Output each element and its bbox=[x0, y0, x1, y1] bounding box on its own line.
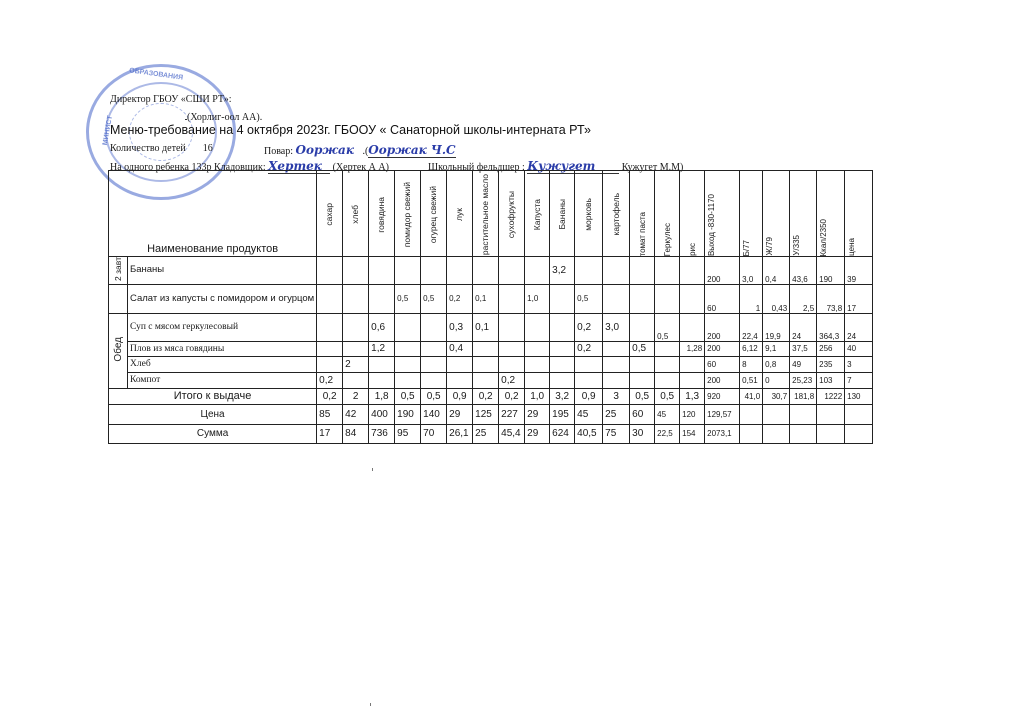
nutrition-column-header: Ж/79 bbox=[763, 171, 790, 257]
nutrition-cell: 103 bbox=[817, 372, 845, 388]
price-row-nutrition-cell: 129,57 bbox=[705, 404, 740, 424]
product-quantity-cell bbox=[421, 313, 447, 341]
product-column-header: сахар bbox=[317, 171, 343, 257]
nutrition-column-header: цена bbox=[845, 171, 873, 257]
product-quantity-cell bbox=[550, 356, 575, 372]
nutrition-cell: 37,5 bbox=[790, 341, 817, 356]
product-quantity-cell bbox=[395, 257, 421, 285]
nutrition-cell: 8 bbox=[740, 356, 763, 372]
product-quantity-cell: 2 bbox=[343, 356, 369, 372]
section-label-empty bbox=[109, 284, 128, 313]
cook-name-handwritten: Ооржак Ч.С bbox=[368, 143, 455, 158]
price-row: Цена854240019014029125227291954525604512… bbox=[109, 404, 873, 424]
product-quantity-cell bbox=[343, 313, 369, 341]
product-quantity-cell: 0,6 bbox=[369, 313, 395, 341]
price-row-product-cell: 400 bbox=[369, 404, 395, 424]
sum-row-product-cell: 624 bbox=[550, 424, 575, 443]
product-quantity-cell bbox=[525, 257, 550, 285]
product-column-header: лук bbox=[447, 171, 473, 257]
product-column-header: Геркулес bbox=[655, 171, 680, 257]
product-quantity-cell bbox=[603, 341, 630, 356]
product-quantity-cell bbox=[499, 257, 525, 285]
product-quantity-cell bbox=[421, 341, 447, 356]
children-label: Количество детей bbox=[110, 143, 186, 154]
nutrition-cell: 256 bbox=[817, 341, 845, 356]
price-row-product-cell: 85 bbox=[317, 404, 343, 424]
table-row: 2 завтБананы3,22003,00,443,619039 bbox=[109, 257, 873, 285]
product-quantity-cell: 1,28 bbox=[680, 341, 705, 356]
product-column-header: рис bbox=[680, 171, 705, 257]
total-row-nutrition-cell: 920 bbox=[705, 388, 740, 404]
product-quantity-cell bbox=[655, 284, 680, 313]
sum-row-product-cell: 736 bbox=[369, 424, 395, 443]
price-row-product-cell: 29 bbox=[447, 404, 473, 424]
nutrition-cell: 60 bbox=[705, 284, 740, 313]
product-quantity-cell bbox=[343, 341, 369, 356]
section-label-lunch: Обед bbox=[109, 313, 128, 388]
nutrition-cell: 22,4 bbox=[740, 313, 763, 341]
sum-row-product-cell: 70 bbox=[421, 424, 447, 443]
sum-row-product-cell: 84 bbox=[343, 424, 369, 443]
product-column-header: картофель bbox=[603, 171, 630, 257]
nutrition-cell: 9,1 bbox=[763, 341, 790, 356]
total-row-product-cell: 0,5 bbox=[421, 388, 447, 404]
product-quantity-cell bbox=[421, 372, 447, 388]
price-row-product-cell: 125 bbox=[473, 404, 499, 424]
price-row-product-cell: 29 bbox=[525, 404, 550, 424]
product-quantity-cell: 0,2 bbox=[499, 372, 525, 388]
product-quantity-cell bbox=[575, 257, 603, 285]
product-column-header: растительное масло bbox=[473, 171, 499, 257]
nutrition-cell: 25,23 bbox=[790, 372, 817, 388]
total-row-product-cell: 0,9 bbox=[575, 388, 603, 404]
product-quantity-cell bbox=[655, 257, 680, 285]
cook-signature: Ооржак bbox=[296, 143, 354, 157]
product-quantity-cell bbox=[680, 313, 705, 341]
product-quantity-cell bbox=[317, 257, 343, 285]
sum-row-label: Сумма bbox=[109, 424, 317, 443]
nutrition-cell: 24 bbox=[790, 313, 817, 341]
nutrition-cell: 49 bbox=[790, 356, 817, 372]
dish-name: Суп с мясом геркулесовый bbox=[128, 313, 317, 341]
product-column-header: хлеб bbox=[343, 171, 369, 257]
scan-speck bbox=[372, 468, 373, 471]
nutrition-column-header: У/335 bbox=[790, 171, 817, 257]
section-label-breakfast2: 2 завт bbox=[109, 257, 128, 285]
product-quantity-cell bbox=[317, 313, 343, 341]
sum-row-nutrition-cell bbox=[740, 424, 763, 443]
product-quantity-cell bbox=[421, 257, 447, 285]
product-quantity-cell bbox=[343, 284, 369, 313]
sum-row-product-cell: 17 bbox=[317, 424, 343, 443]
product-quantity-cell bbox=[317, 356, 343, 372]
price-row-product-cell: 42 bbox=[343, 404, 369, 424]
sum-row-product-cell: 30 bbox=[630, 424, 655, 443]
total-row-label: Итого к выдаче bbox=[109, 388, 317, 404]
product-quantity-cell: 0,5 bbox=[395, 284, 421, 313]
product-quantity-cell bbox=[630, 313, 655, 341]
product-column-header: сухофрукты bbox=[499, 171, 525, 257]
product-quantity-cell bbox=[630, 356, 655, 372]
product-quantity-cell bbox=[473, 341, 499, 356]
table-row: Салат из капусты с помидором и огурцом0,… bbox=[109, 284, 873, 313]
children-count: 16 bbox=[203, 143, 213, 154]
product-quantity-cell: 0,2 bbox=[575, 313, 603, 341]
product-quantity-cell bbox=[395, 313, 421, 341]
product-quantity-cell bbox=[499, 313, 525, 341]
total-row-product-cell: 1,3 bbox=[680, 388, 705, 404]
product-quantity-cell bbox=[395, 372, 421, 388]
product-quantity-cell bbox=[317, 341, 343, 356]
product-quantity-cell: 0,2 bbox=[317, 372, 343, 388]
dish-name: Компот bbox=[128, 372, 317, 388]
sum-row-product-cell: 22,5 bbox=[655, 424, 680, 443]
sum-row-product-cell: 45,4 bbox=[499, 424, 525, 443]
nutrition-cell: 73,8 bbox=[817, 284, 845, 313]
nutrition-cell: 43,6 bbox=[790, 257, 817, 285]
product-quantity-cell: 3,2 bbox=[550, 257, 575, 285]
stamp-text-top: ОБРАЗОВАНИЯ bbox=[129, 67, 184, 81]
table-row: Плов из мяса говядины1,20,40,20,51,28200… bbox=[109, 341, 873, 356]
product-column-header: томат паста bbox=[630, 171, 655, 257]
product-column-header: говядина bbox=[369, 171, 395, 257]
nutrition-cell: 0,4 bbox=[763, 257, 790, 285]
nutrition-cell: 17 bbox=[845, 284, 873, 313]
total-row-product-cell: 3,2 bbox=[550, 388, 575, 404]
total-row-nutrition-cell: 41,0 bbox=[740, 388, 763, 404]
sum-row-product-cell: 40,5 bbox=[575, 424, 603, 443]
menu-table: Наименование продуктов сахархлебговядина… bbox=[108, 170, 873, 444]
price-row-nutrition-cell bbox=[845, 404, 873, 424]
nutrition-cell: 0,43 bbox=[763, 284, 790, 313]
product-quantity-cell: 0,1 bbox=[473, 284, 499, 313]
cook-line: Повар: Ооржак .(Ооржак Ч.С bbox=[264, 143, 456, 158]
product-quantity-cell bbox=[317, 284, 343, 313]
sum-row-product-cell: 26,1 bbox=[447, 424, 473, 443]
total-row-product-cell: 0,2 bbox=[317, 388, 343, 404]
product-quantity-cell: 0,5 bbox=[575, 284, 603, 313]
nutrition-cell: 3,0 bbox=[740, 257, 763, 285]
product-quantity-cell: 0,1 bbox=[473, 313, 499, 341]
product-quantity-cell bbox=[575, 372, 603, 388]
product-column-header: морковь bbox=[575, 171, 603, 257]
product-quantity-cell bbox=[680, 284, 705, 313]
product-quantity-cell bbox=[655, 341, 680, 356]
nutrition-column-header: Выход -830-1170 bbox=[705, 171, 740, 257]
product-quantity-cell: 0,4 bbox=[447, 341, 473, 356]
table-header-row: Наименование продуктов сахархлебговядина… bbox=[109, 171, 873, 257]
sum-row-nutrition-cell bbox=[763, 424, 790, 443]
nutrition-cell: 19,9 bbox=[763, 313, 790, 341]
nutrition-column-header: Ккал/2350 bbox=[817, 171, 845, 257]
table-row: ОбедСуп с мясом геркулесовый0,60,30,10,2… bbox=[109, 313, 873, 341]
product-quantity-cell bbox=[550, 341, 575, 356]
product-quantity-cell: 0,5 bbox=[421, 284, 447, 313]
product-quantity-cell bbox=[525, 356, 550, 372]
product-quantity-cell bbox=[343, 257, 369, 285]
sum-row: Сумма1784736957026,12545,42962440,575302… bbox=[109, 424, 873, 443]
product-column-header: помидор свежий bbox=[395, 171, 421, 257]
price-row-product-cell: 60 bbox=[630, 404, 655, 424]
sum-row-nutrition-cell: 2073,1 bbox=[705, 424, 740, 443]
price-row-product-cell: 190 bbox=[395, 404, 421, 424]
nutrition-column-header: Б/77 bbox=[740, 171, 763, 257]
product-quantity-cell: 1,2 bbox=[369, 341, 395, 356]
dish-name: Бананы bbox=[128, 257, 317, 285]
dish-name: Хлеб bbox=[128, 356, 317, 372]
product-quantity-cell bbox=[550, 313, 575, 341]
dish-name: Салат из капусты с помидором и огурцом bbox=[128, 284, 317, 313]
product-quantity-cell: 0,2 bbox=[575, 341, 603, 356]
nutrition-cell: 6,12 bbox=[740, 341, 763, 356]
total-row-product-cell: 2 bbox=[343, 388, 369, 404]
price-row-product-cell: 140 bbox=[421, 404, 447, 424]
total-row-product-cell: 0,5 bbox=[630, 388, 655, 404]
product-column-header: огурец свежий bbox=[421, 171, 447, 257]
price-row-product-cell: 120 bbox=[680, 404, 705, 424]
product-quantity-cell bbox=[421, 356, 447, 372]
total-row-nutrition-cell: 181,8 bbox=[790, 388, 817, 404]
product-quantity-cell bbox=[655, 372, 680, 388]
product-quantity-cell bbox=[525, 341, 550, 356]
price-row-product-cell: 45 bbox=[575, 404, 603, 424]
product-quantity-cell bbox=[630, 372, 655, 388]
product-quantity-cell bbox=[369, 372, 395, 388]
product-quantity-cell bbox=[499, 356, 525, 372]
product-quantity-cell: 1,0 bbox=[525, 284, 550, 313]
price-row-nutrition-cell bbox=[790, 404, 817, 424]
total-row-product-cell: 0,5 bbox=[395, 388, 421, 404]
product-quantity-cell bbox=[680, 257, 705, 285]
product-quantity-cell bbox=[447, 356, 473, 372]
director-signature-line: (Хорлиг-оол АА). bbox=[185, 112, 262, 123]
product-quantity-cell bbox=[343, 372, 369, 388]
sum-row-product-cell: 29 bbox=[525, 424, 550, 443]
nutrition-cell: 40 bbox=[845, 341, 873, 356]
nutrition-cell: 39 bbox=[845, 257, 873, 285]
total-row-nutrition-cell: 30,7 bbox=[763, 388, 790, 404]
nutrition-cell: 0,51 bbox=[740, 372, 763, 388]
product-quantity-cell bbox=[395, 341, 421, 356]
dish-name: Плов из мяса говядины bbox=[128, 341, 317, 356]
table-body: 2 завтБананы3,22003,00,443,619039Салат и… bbox=[109, 257, 873, 444]
nutrition-cell: 24 bbox=[845, 313, 873, 341]
product-quantity-cell bbox=[575, 356, 603, 372]
document-title: Меню-требование на 4 октября 2023г. ГБОО… bbox=[110, 123, 591, 137]
product-quantity-cell bbox=[603, 372, 630, 388]
product-quantity-cell: 0,2 bbox=[447, 284, 473, 313]
product-quantity-cell bbox=[680, 372, 705, 388]
price-row-label: Цена bbox=[109, 404, 317, 424]
nutrition-cell: 200 bbox=[705, 257, 740, 285]
price-row-nutrition-cell bbox=[740, 404, 763, 424]
product-quantity-cell bbox=[499, 341, 525, 356]
nutrition-cell: 235 bbox=[817, 356, 845, 372]
product-column-header: Бананы bbox=[550, 171, 575, 257]
nutrition-cell: 190 bbox=[817, 257, 845, 285]
sum-row-product-cell: 75 bbox=[603, 424, 630, 443]
price-row-product-cell: 45 bbox=[655, 404, 680, 424]
total-row-product-cell: 3 bbox=[603, 388, 630, 404]
nutrition-cell: 7 bbox=[845, 372, 873, 388]
product-quantity-cell bbox=[550, 284, 575, 313]
nutrition-cell: 200 bbox=[705, 313, 740, 341]
product-quantity-cell: 0,5 bbox=[655, 313, 680, 341]
product-column-header: Капуста bbox=[525, 171, 550, 257]
product-quantity-cell bbox=[680, 356, 705, 372]
total-row-product-cell: 1,0 bbox=[525, 388, 550, 404]
sum-row-nutrition-cell bbox=[817, 424, 845, 443]
product-quantity-cell bbox=[473, 372, 499, 388]
nutrition-cell: 3 bbox=[845, 356, 873, 372]
product-quantity-cell: 0,5 bbox=[630, 341, 655, 356]
table-row: Компот0,20,22000,51025,231037 bbox=[109, 372, 873, 388]
product-quantity-cell bbox=[525, 372, 550, 388]
product-quantity-cell bbox=[395, 356, 421, 372]
table-row: Хлеб26080,8492353 bbox=[109, 356, 873, 372]
product-quantity-cell: 0,3 bbox=[447, 313, 473, 341]
product-quantity-cell bbox=[550, 372, 575, 388]
product-quantity-cell bbox=[603, 257, 630, 285]
product-quantity-cell bbox=[603, 356, 630, 372]
product-quantity-cell bbox=[369, 257, 395, 285]
nutrition-cell: 200 bbox=[705, 341, 740, 356]
price-row-product-cell: 195 bbox=[550, 404, 575, 424]
nutrition-cell: 0 bbox=[763, 372, 790, 388]
nutrition-cell: 1 bbox=[740, 284, 763, 313]
sum-row-product-cell: 154 bbox=[680, 424, 705, 443]
product-quantity-cell bbox=[369, 284, 395, 313]
children-count-line: Количество детей 16 bbox=[110, 143, 213, 154]
product-quantity-cell bbox=[447, 257, 473, 285]
cook-label: Повар: bbox=[264, 146, 293, 157]
price-row-product-cell: 227 bbox=[499, 404, 525, 424]
total-row-product-cell: 0,5 bbox=[655, 388, 680, 404]
sum-row-product-cell: 95 bbox=[395, 424, 421, 443]
product-quantity-cell bbox=[447, 372, 473, 388]
director-name: (Хорлиг-оол АА). bbox=[187, 112, 262, 123]
product-quantity-cell bbox=[655, 356, 680, 372]
price-row-nutrition-cell bbox=[763, 404, 790, 424]
product-quantity-cell bbox=[473, 257, 499, 285]
nutrition-cell: 2,5 bbox=[790, 284, 817, 313]
price-row-nutrition-cell bbox=[817, 404, 845, 424]
name-column-header: Наименование продуктов bbox=[109, 171, 317, 257]
total-row-product-cell: 0,2 bbox=[473, 388, 499, 404]
total-row-nutrition-cell: 1222 bbox=[817, 388, 845, 404]
product-quantity-cell: 3,0 bbox=[603, 313, 630, 341]
product-quantity-cell bbox=[473, 356, 499, 372]
product-quantity-cell bbox=[630, 284, 655, 313]
nutrition-cell: 200 bbox=[705, 372, 740, 388]
total-row-product-cell: 1,8 bbox=[369, 388, 395, 404]
sum-row-nutrition-cell bbox=[845, 424, 873, 443]
nutrition-cell: 364,3 bbox=[817, 313, 845, 341]
price-row-product-cell: 25 bbox=[603, 404, 630, 424]
scan-speck bbox=[370, 703, 371, 706]
total-row-nutrition-cell: 130 bbox=[845, 388, 873, 404]
product-quantity-cell bbox=[603, 284, 630, 313]
sum-row-nutrition-cell bbox=[790, 424, 817, 443]
nutrition-cell: 0,8 bbox=[763, 356, 790, 372]
product-quantity-cell bbox=[525, 313, 550, 341]
director-line: Директор ГБОУ «СШИ РТ»: bbox=[110, 94, 232, 105]
product-quantity-cell bbox=[499, 284, 525, 313]
sum-row-product-cell: 25 bbox=[473, 424, 499, 443]
nutrition-cell: 60 bbox=[705, 356, 740, 372]
total-row-product-cell: 0,2 bbox=[499, 388, 525, 404]
total-row-product-cell: 0,9 bbox=[447, 388, 473, 404]
product-quantity-cell bbox=[369, 356, 395, 372]
product-quantity-cell bbox=[630, 257, 655, 285]
total-row: Итого к выдаче0,221,80,50,50,90,20,21,03… bbox=[109, 388, 873, 404]
